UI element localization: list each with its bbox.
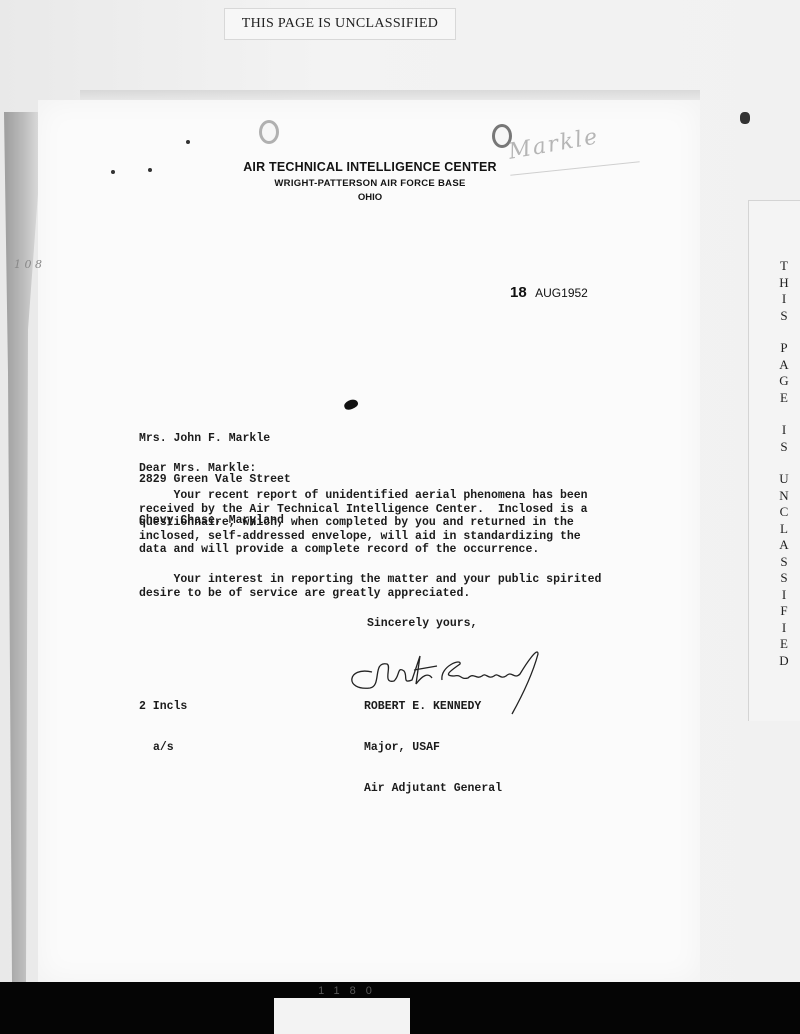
signer-rank: Major, USAF (364, 741, 502, 755)
date-year: 1952 (561, 286, 588, 300)
speck (186, 140, 190, 144)
signer-title: Air Adjutant General (364, 782, 502, 796)
side-stamp-word: THIS (779, 258, 788, 324)
closing: Sincerely yours, (367, 617, 477, 631)
body-paragraph-2: Your interest in reporting the matter an… (139, 573, 601, 600)
side-stamp-word: PAGE (779, 340, 788, 406)
side-classification-stamp: THISPAGEISUNCLASSIFIED (772, 258, 796, 685)
speck (148, 168, 152, 172)
frame-number: 1180 (300, 985, 400, 997)
signature-block: ROBERT E. KENNEDY Major, USAF Air Adjuta… (364, 673, 502, 809)
date-month: AUG (535, 286, 561, 300)
paragraph-line: inclosed, self-addressed envelope, will … (139, 530, 588, 544)
date-stamp: 18 AUG1952 (510, 284, 588, 302)
letterhead-organization: AIR TECHNICAL INTELLIGENCE CENTER (240, 160, 500, 174)
side-stamp-word: UNCLASSIFIED (779, 471, 788, 669)
side-stamp-word: IS (780, 422, 787, 455)
inclosures: 2 Incls a/s (139, 673, 187, 768)
paragraph-line: questionnaire, which, when completed by … (139, 516, 588, 530)
inclosure-count: 2 Incls (139, 700, 187, 714)
paragraph-line: received by the Air Technical Intelligen… (139, 503, 588, 517)
margin-note: 1 0 8 (14, 258, 42, 271)
signer-name: ROBERT E. KENNEDY (364, 700, 502, 714)
body-paragraph-1: Your recent report of unidentified aeria… (139, 489, 588, 557)
punch-hole-icon (259, 120, 279, 144)
paragraph-line: Your recent report of unidentified aeria… (139, 489, 588, 503)
speck (111, 170, 115, 174)
speck (740, 112, 750, 124)
letterhead-base: WRIGHT-PATTERSON AIR FORCE BASE (240, 178, 500, 189)
recipient-name: Mrs. John F. Markle (139, 432, 291, 446)
inclosure-note: a/s (139, 741, 187, 755)
paragraph-line: data and will provide a complete record … (139, 543, 588, 557)
date-day: 18 (510, 284, 527, 301)
salutation: Dear Mrs. Markle: (139, 462, 256, 476)
paragraph-line: desire to be of service are greatly appr… (139, 587, 601, 601)
letterhead: AIR TECHNICAL INTELLIGENCE CENTER WRIGHT… (240, 160, 500, 203)
film-tab (274, 998, 410, 1034)
top-classification-stamp: THIS PAGE IS UNCLASSIFIED (224, 8, 456, 40)
letterhead-state: OHIO (240, 192, 500, 203)
paragraph-line: Your interest in reporting the matter an… (139, 573, 601, 587)
